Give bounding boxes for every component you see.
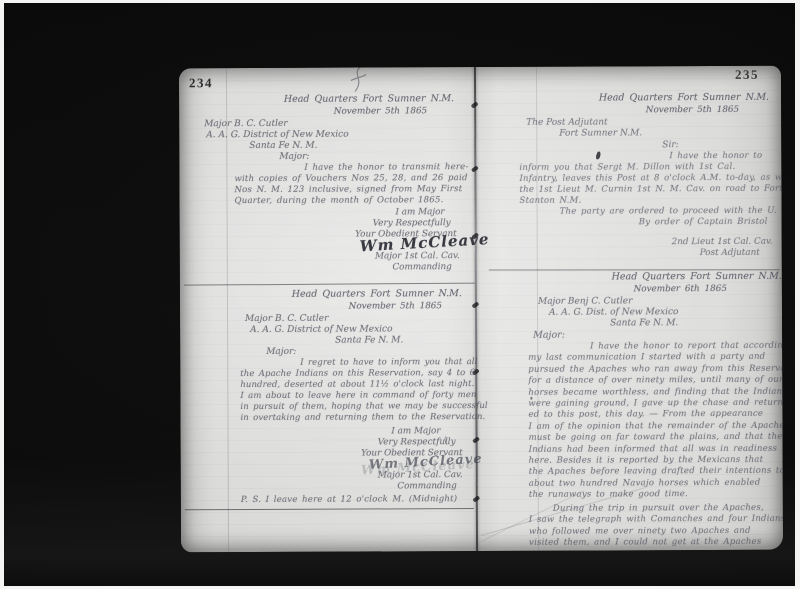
handwritten-line: I saw the telegraph with Comanches and f… [529, 514, 783, 527]
letter-body: I have the honor toinform you that Sergt… [519, 151, 775, 207]
letter-address: Major B. C. CutlerA. A. G. District of N… [238, 313, 466, 347]
handwritten-line: the Apaches before leaving drafted their… [529, 466, 783, 479]
handwritten-line: my last communication I started with a p… [528, 352, 782, 365]
letter-heading: Head Quarters Fort Sumner N.M.November 5… [204, 93, 470, 118]
handwritten-line: I have the honor to [519, 151, 775, 163]
letter-address: The Post AdjutantFort Sumner N.M. [519, 117, 775, 140]
letter-heading: Head Quarters Fort Sumner N.M.November 5… [519, 92, 775, 117]
letter-salutation: Sir: [662, 140, 775, 151]
letter-heading: Head Quarters Fort Sumner N.M.November 6… [525, 271, 782, 296]
page-number-left: 234 [189, 75, 213, 91]
letter-salutation: Major: [266, 346, 466, 358]
handwritten-line: the runaways to make good time. [529, 489, 783, 502]
handwritten-line: Commanding [205, 262, 471, 274]
handwritten-line: the 1st Lieut M. Curnin 1st N. M. Cav. o… [519, 184, 775, 196]
signature-title: Major 1st Cal. Cav.Commanding [239, 470, 467, 493]
handwritten-line: Santa Fe N. M. [335, 335, 466, 347]
pen-flourish [347, 66, 369, 95]
letter-body-paragraph-2: During the trip in pursuit over the Apac… [529, 502, 783, 549]
handwritten-line: November 5th 1865 [238, 300, 466, 313]
handwritten-line: Head Quarters Fort Sumner N.M. [525, 271, 782, 284]
letter-apache-desertion: Head Quarters Fort Sumner N.M.November 5… [238, 288, 467, 506]
handwritten-line: in overtaking and returning them to the … [240, 412, 466, 424]
letter-voucher-transmittal: Head Quarters Fort Sumner N.M.November 5… [204, 93, 471, 274]
letter-pursuit-report: Head Quarters Fort Sumner N.M.November 6… [525, 271, 783, 549]
handwritten-line: Head Quarters Fort Sumner N.M. [519, 92, 775, 105]
ledger-spread: 234 235 Head Quarters Fort Sumner N.M.No… [179, 66, 783, 553]
handwritten-line: Santa Fe N. M. [610, 318, 782, 330]
entry-divider-line [185, 508, 474, 510]
handwritten-line: Head Quarters Fort Sumner N.M. [204, 93, 470, 106]
handwritten-line: November 5th 1865 [204, 105, 470, 118]
signature-title: 2nd Lieut 1st Cal. Cav.Post Adjutant [520, 237, 776, 260]
film-frame: 234 235 Head Quarters Fort Sumner N.M.No… [4, 3, 795, 586]
book-gutter-line [474, 67, 478, 551]
letter-body: I have the honor to report that accordin… [528, 341, 783, 502]
handwritten-line: November 6th 1865 [525, 283, 782, 296]
letter-address: Major Benj C. CutlerA. A. G. Dist. of Ne… [525, 296, 782, 330]
letter-body: I regret to have to inform you that allt… [240, 357, 466, 424]
handwritten-line: about two hundred Navajo horses which en… [529, 478, 783, 491]
microfilm-scan: 234 235 Head Quarters Fort Sumner N.M.No… [0, 0, 800, 589]
handwritten-line: who followed me over ninety two Apaches … [529, 525, 783, 538]
letter-postscript: P. S. I leave here at 12 o'clock M. (Mid… [241, 494, 467, 506]
letter-heading: Head Quarters Fort Sumner N.M.November 5… [238, 288, 466, 313]
handwritten-line: ed to this post, this day. — From the ap… [528, 409, 782, 422]
handwritten-line: Fort Sumner N.M. [559, 128, 775, 140]
letter-body: I have the honor to transmit here-with c… [234, 162, 470, 207]
signature-title: Major 1st Cal. Cav.Commanding [205, 251, 471, 274]
page-number-right: 235 [735, 67, 759, 83]
handwritten-line: must be going on far toward the plains, … [529, 432, 783, 445]
letter-address: Major B. C. CutlerA. A. G. District of N… [204, 118, 470, 152]
handwritten-line: visited them, and I could not get at the… [529, 537, 783, 550]
letter-detachment-notice: Head Quarters Fort Sumner N.M.November 5… [519, 92, 776, 260]
handwritten-line: Quarter, during the month of October 186… [235, 195, 471, 207]
letter-body-paragraph-2: The party are ordered to proceed with th… [520, 206, 776, 229]
letter-salutation: Major: [279, 151, 470, 163]
handwritten-line: November 5th 1865 [519, 104, 775, 117]
handwritten-line: for a distance of over ninety miles, unt… [528, 375, 782, 388]
handwritten-line: By order of Captain Bristol [520, 217, 776, 229]
letter-salutation: Major: [533, 329, 782, 342]
handwritten-line: Commanding [239, 481, 467, 493]
handwritten-line: Head Quarters Fort Sumner N.M. [238, 288, 466, 301]
handwritten-line: Post Adjutant [520, 248, 776, 260]
